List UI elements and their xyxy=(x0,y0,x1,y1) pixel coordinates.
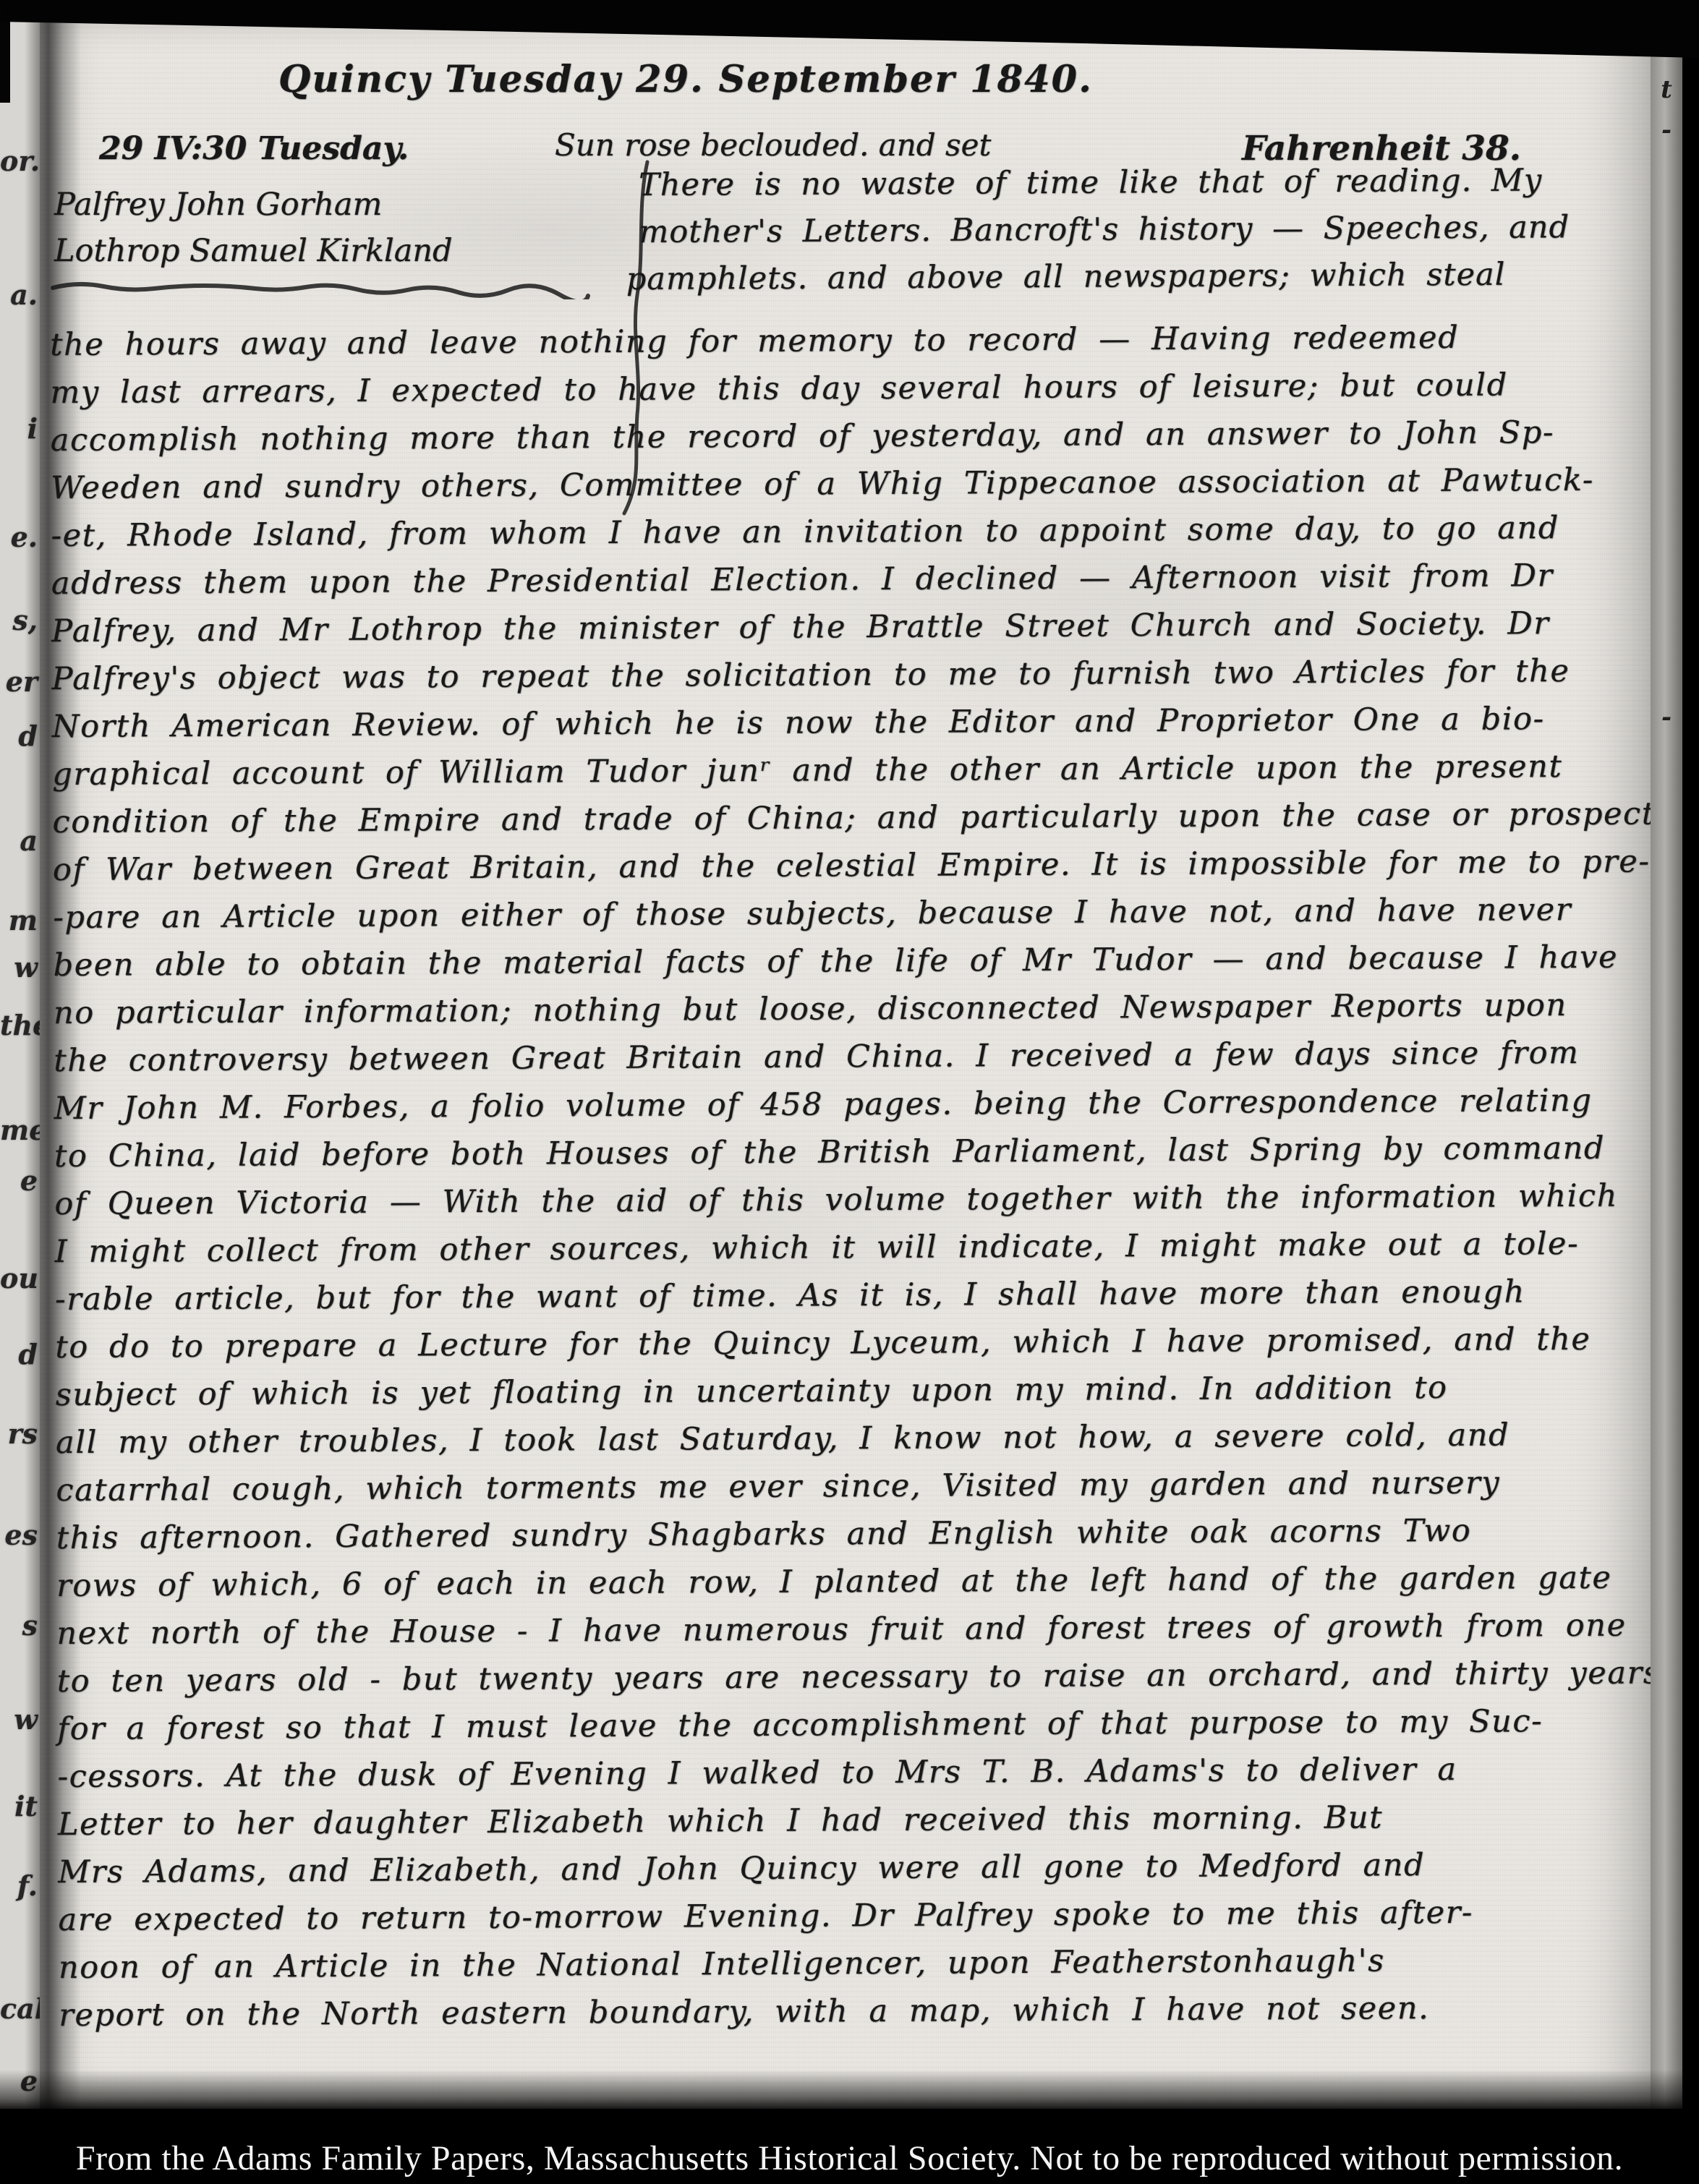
manuscript-line: report on the North eastern boundary, wi… xyxy=(59,1986,1650,2042)
edge-ink-mark: - xyxy=(1651,116,1682,145)
manuscript-line: catarrhal cough, which torments me ever … xyxy=(56,1461,1647,1517)
manuscript-line: of War between Great Britain, and the ce… xyxy=(53,840,1644,897)
edge-ink-mark: - xyxy=(1651,703,1682,732)
manuscript-line: -rable article, but for the want of time… xyxy=(55,1270,1646,1326)
manuscript-line: -cessors. At the dusk of Evening I walke… xyxy=(57,1747,1648,1804)
manuscript-line: condition of the Empire and trade of Chi… xyxy=(52,793,1643,849)
manuscript-line: the controversy between Great Britain an… xyxy=(54,1031,1645,1088)
manuscript-line: next north of the House - I have numerou… xyxy=(56,1604,1648,1660)
entry-body: the hours away and leave nothing for mem… xyxy=(50,315,1650,2042)
manuscript-line: no particular information; nothing but l… xyxy=(54,984,1645,1040)
manuscript-line: of Queen Victoria — With the aid of this… xyxy=(54,1174,1645,1231)
manuscript-line: noon of an Article in the National Intel… xyxy=(59,1938,1650,1995)
manuscript-line: Weeden and sundry others, Committee of a… xyxy=(51,458,1642,515)
manuscript-line: this afternoon. Gathered sundry Shagbark… xyxy=(56,1509,1648,1565)
manuscript-line: Mrs Adams, and Elizabeth, and John Quinc… xyxy=(58,1843,1649,1899)
opening-paragraph: There is no waste of time like that of r… xyxy=(639,158,1638,304)
entry-heading: Quincy Tuesday 29. September 1840. xyxy=(278,58,1093,101)
binding-gutter xyxy=(25,20,81,2114)
manuscript-line: all my other troubles, I took last Satur… xyxy=(56,1413,1647,1469)
diary-page: Quincy Tuesday 29. September 1840. 29 IV… xyxy=(40,20,1653,2114)
credit-text: From the Adams Family Papers, Massachuse… xyxy=(0,2138,1699,2178)
manuscript-line: mother's Letters. Bancroft's history — S… xyxy=(639,205,1637,257)
manuscript-line: for a forest so that I must leave the ac… xyxy=(57,1699,1648,1756)
manuscript-line: my last arrears, I expected to have this… xyxy=(50,363,1641,419)
manuscript-line: to China, laid before both Houses of the… xyxy=(54,1127,1645,1183)
manuscript-line: are expected to return to-morrow Evening… xyxy=(58,1890,1649,1947)
manuscript-line: North American Review. of which he is no… xyxy=(52,697,1643,754)
footer-credit-bar: From the Adams Family Papers, Massachuse… xyxy=(0,2109,1699,2184)
manuscript-line: subject of which is yet floating in unce… xyxy=(56,1365,1647,1422)
date-time-note: 29 IV:30 Tuesday. xyxy=(99,130,409,167)
manuscript-line: Letter to her daughter Elizabeth which I… xyxy=(58,1795,1649,1851)
manuscript-line: accomplish nothing more than the record … xyxy=(51,411,1642,467)
manuscript-line: pamphlets. and above all newspapers; whi… xyxy=(626,252,1638,304)
underline-flourish xyxy=(50,275,614,299)
manuscript-line: the hours away and leave nothing for mem… xyxy=(50,315,1641,372)
edge-ink-mark: t xyxy=(1651,75,1682,104)
manuscript-line: Palfrey's object was to repeat the solic… xyxy=(51,649,1643,706)
page-edge: t - - xyxy=(1651,14,1682,2115)
page-bottom-shadow xyxy=(0,2070,1699,2113)
manuscript-line: graphical account of William Tudor junʳ … xyxy=(52,745,1643,801)
manuscript-line: to do to prepare a Lecture for the Quinc… xyxy=(55,1318,1646,1374)
manuscript-line: rows of which, 6 of each in each row, I … xyxy=(56,1556,1648,1613)
margin-name: Palfrey John Gorham xyxy=(54,187,382,223)
manuscript-line: Palfrey, and Mr Lothrop the minister of … xyxy=(51,602,1643,658)
manuscript-line: to ten years old - but twenty years are … xyxy=(57,1652,1648,1708)
manuscript-line: -et, Rhode Island, from whom I have an i… xyxy=(51,506,1642,563)
manuscript-line: -pare an Article upon either of those su… xyxy=(53,888,1644,944)
manuscript-line: address them upon the Presidential Elect… xyxy=(51,554,1643,610)
manuscript-line: Mr John M. Forbes, a folio volume of 458… xyxy=(54,1079,1645,1135)
manuscript-line: I might collect from other sources, whic… xyxy=(55,1222,1646,1279)
margin-name: Lothrop Samuel Kirkland xyxy=(54,233,453,269)
manuscript-line: There is no waste of time like that of r… xyxy=(639,158,1637,210)
manuscript-line: been able to obtain the material facts o… xyxy=(53,936,1644,992)
